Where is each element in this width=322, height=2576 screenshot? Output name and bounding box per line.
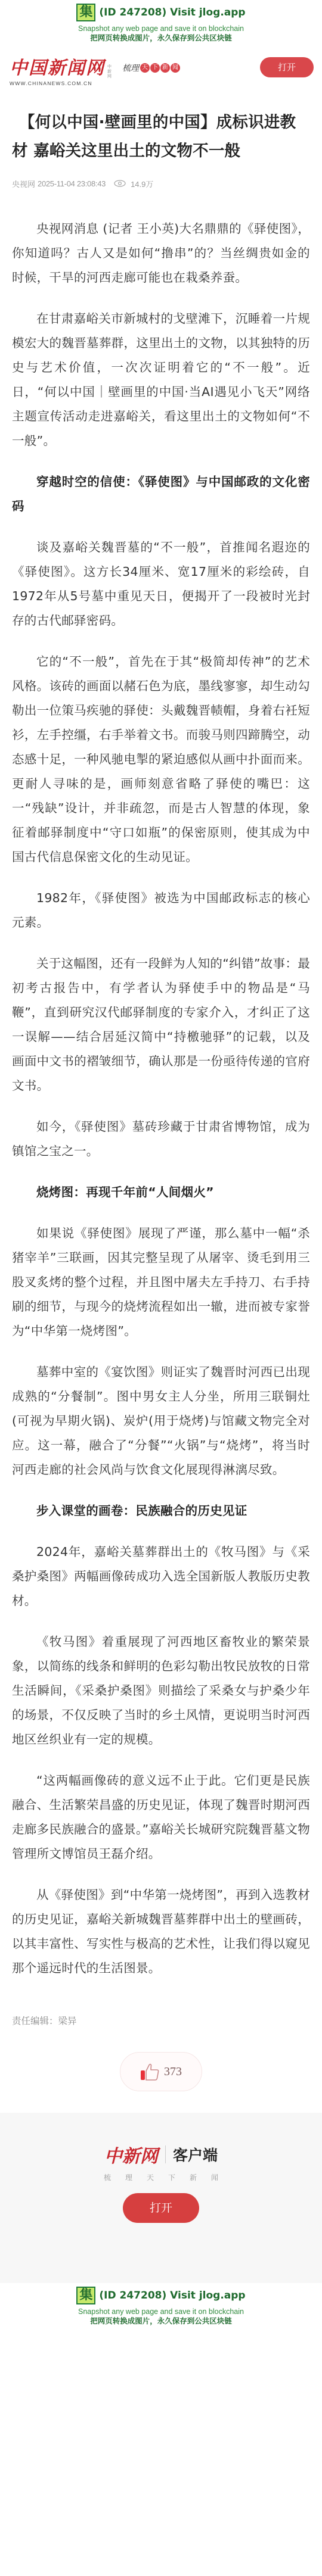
article-meta: 央视网 2025-11-04 23:08:43 14.9万 (12, 177, 310, 189)
footer-divider (165, 2145, 166, 2163)
footer-client-label: 客户端 (173, 2144, 218, 2165)
article: 【何以中国·壁画里的中国】成标识进教材 嘉峪关这里出土的文物不一般 央视网 20… (0, 108, 322, 2091)
section-heading: 烧烤图：再现千年前“人间烟火” (12, 1180, 310, 1205)
article-time: 2025-11-04 23:08:43 (38, 179, 106, 188)
paragraph: 1982年，《驿使图》被选为中国邮政标志的核心元素。 (12, 886, 310, 935)
like-area: 373 (12, 2052, 310, 2091)
paragraph: 它的“不一般”，首先在于其“极简却传神”的艺术风格。该砖的画面以赭石色为底，墨线… (12, 650, 310, 869)
paragraph: 如果说《驿使图》展现了严谨，那么墓中一幅“杀猪宰羊”三联画，因其完整呈现了从屠宰… (12, 1221, 310, 1343)
jlog-id-link[interactable]: (ID 247208) Visit jlog.app (99, 2290, 245, 2301)
jlog-tagline-en: Snapshot any web page and save it on blo… (0, 2307, 322, 2316)
jlog-logo-icon: 集 (76, 2287, 95, 2304)
slogan-char: 天 (140, 63, 150, 73)
paragraph: 墓葬中室的《宴饮图》则证实了魏晋时河西已出现成熟的“分餐制”。图中男女主人分坐，… (12, 1360, 310, 1482)
paragraph: 2024年，嘉峪关墓葬群出土的《牧马图》与《采桑护桑图》两幅画像砖成功入选全国新… (12, 1540, 310, 1613)
slogan-prefix: 梳理 (122, 62, 139, 74)
jlog-banner-top: 集 (ID 247208) Visit jlog.app Snapshot an… (0, 0, 322, 49)
header-slogan: 梳理 天 下 新 闻 (122, 62, 181, 74)
paragraph: 如今，《驿使图》墓砖珍藏于甘肃省博物馆，成为镇馆之宝之一。 (12, 1115, 310, 1164)
like-button[interactable]: 373 (120, 2052, 202, 2091)
footer-tagline: 梳理天下新闻 (0, 2172, 322, 2182)
article-source: 央视网 (12, 178, 35, 189)
paragraph: 关于这幅图，还有一段鲜为人知的“纠错”故事：最初考古报告中，有学者认为驿使手中的… (12, 952, 310, 1098)
logo-side-text: 中 新 网 (107, 64, 112, 79)
eye-icon (114, 180, 126, 187)
site-header: 中国新闻网 中 新 网 WWW.CHINANEWS.COM.CN 梳理 天 下 … (0, 49, 322, 95)
jlog-id-link[interactable]: (ID 247208) Visit jlog.app (99, 7, 245, 18)
logo-url: WWW.CHINANEWS.COM.CN (10, 80, 112, 86)
open-app-button-top[interactable]: 打开 (260, 57, 314, 77)
paragraph: 央视网消息 (记者 王小英)大名鼎鼎的《驿使图》，你知道吗？古人又是如何“撸串”… (12, 217, 310, 290)
view-count: 14.9万 (131, 178, 153, 189)
chinanews-logo[interactable]: 中国新闻网 中 新 网 WWW.CHINANEWS.COM.CN (10, 58, 112, 86)
jlog-tagline-en: Snapshot any web page and save it on blo… (0, 24, 322, 33)
article-title: 【何以中国·壁画里的中国】成标识进教材 嘉峪关这里出土的文物不一般 (12, 108, 310, 166)
paragraph: “这两幅画像砖的意义远不止于此。它们更是民族融合、生活繁荣昌盛的历史见证，体现了… (12, 1769, 310, 1866)
jlog-tagline-zh: 把网页转换成图片，永久保存到公共区块链 (0, 33, 322, 42)
footer-brand: 中新网 客户端 (0, 2141, 322, 2168)
open-app-button-bottom[interactable]: 打开 (123, 2193, 199, 2223)
section-heading: 穿越时空的信使：《驿使图》与中国邮政的文化密码 (12, 470, 310, 519)
jlog-logo-icon: 集 (76, 4, 95, 21)
slogan-char: 下 (150, 63, 160, 73)
app-promo-footer: 中新网 客户端 梳理天下新闻 打开 (0, 2113, 322, 2283)
section-heading: 步入课堂的画卷：民族融合的历史见证 (12, 1499, 310, 1523)
logo-text: 中国新闻网 (10, 58, 105, 79)
paragraph: 从《驿使图》到“中华第一烧烤图”，再到入选教材的历史见证，嘉峪关新城魏晋墓葬群中… (12, 1883, 310, 1981)
jlog-id-row: 集 (ID 247208) Visit jlog.app (0, 2287, 322, 2304)
like-count: 373 (164, 2065, 182, 2079)
slogan-char: 新 (160, 63, 170, 73)
jlog-id-row: 集 (ID 247208) Visit jlog.app (0, 4, 322, 21)
article-body: 央视网消息 (记者 王小英)大名鼎鼎的《驿使图》，你知道吗？古人又是如何“撸串”… (12, 217, 310, 1981)
slogan-char: 闻 (171, 63, 180, 73)
jlog-tagline-zh: 把网页转换成图片，永久保存到公共区块链 (0, 2316, 322, 2325)
jlog-banner-bottom: 集 (ID 247208) Visit jlog.app Snapshot an… (0, 2283, 322, 2332)
paragraph: 在甘肃嘉峪关市新城村的戈壁滩下，沉睡着一片规模宏大的魏晋墓葬群，这里出土的文物，… (12, 307, 310, 453)
paragraph: 《牧马图》着重展现了河西地区畜牧业的繁荣景象，以简练的线条和鲜明的色彩勾勒出牧民… (12, 1630, 310, 1752)
responsible-editor: 责任编辑：梁异 (12, 2014, 310, 2028)
paragraph: 谈及嘉峪关魏晋墓的“不一般”，首推闻名遐迩的《驿使图》。这方长34厘米、宽17厘… (12, 535, 310, 633)
thumbs-up-icon (140, 2063, 159, 2081)
footer-logo: 中新网 (104, 2141, 158, 2168)
